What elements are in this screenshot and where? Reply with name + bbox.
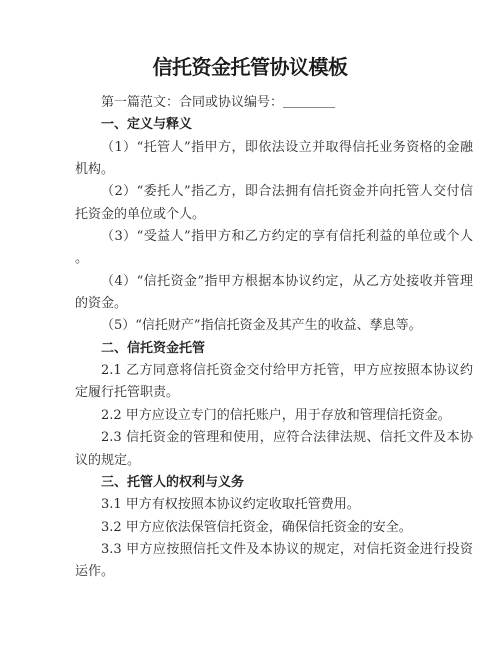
intro-text: 第一篇范文：合同或协议编号：	[101, 95, 283, 110]
paragraph-definition-1: （1）“托管人”指甲方，即依法设立并取得信托业务资格的金融机构。	[75, 137, 473, 182]
intro-paragraph: 第一篇范文：合同或协议编号：	[75, 92, 473, 114]
section-heading-custody: 二、信托资金托管	[75, 338, 473, 360]
paragraph-clause-2-3: 2.3 信托资金的管理和使用，应符合法律法规、信托文件及本协议的规定。	[75, 427, 473, 472]
paragraph-definition-2: （2）“委托人”指乙方，即合法拥有信托资金并向托管人交付信托资金的单位或个人。	[75, 181, 473, 226]
paragraph-clause-3-1: 3.1 甲方有权按照本协议约定收取托管费用。	[75, 494, 473, 516]
section-heading-rights-obligations: 三、托管人的权利与义务	[75, 472, 473, 494]
paragraph-clause-2-2: 2.2 甲方应设立专门的信托账户，用于存放和管理信托资金。	[75, 405, 473, 427]
paragraph-clause-3-2: 3.2 甲方应依法保管信托资金，确保信托资金的安全。	[75, 517, 473, 539]
paragraph-clause-3-3: 3.3 甲方应按照信托文件及本协议的规定，对信托资金进行投资运作。	[75, 539, 473, 584]
paragraph-definition-5: （5）“信托财产”指信托资金及其产生的收益、孳息等。	[75, 315, 473, 337]
document-title: 信托资金托管协议模板	[0, 52, 500, 82]
paragraph-definition-4: （4）“信托资金”指甲方根据本协议约定，从乙方处接收并管理的资金。	[75, 271, 473, 316]
section-heading-definitions: 一、定义与释义	[75, 114, 473, 136]
contract-number-blank	[283, 97, 335, 108]
document-body: 第一篇范文：合同或协议编号： 一、定义与释义 （1）“托管人”指甲方，即依法设立…	[75, 92, 473, 584]
paragraph-clause-2-1: 2.1 乙方同意将信托资金交付给甲方托管，甲方应按照本协议约定履行托管职责。	[75, 360, 473, 405]
document-page: 信托资金托管协议模板 第一篇范文：合同或协议编号： 一、定义与释义 （1）“托管…	[0, 0, 500, 647]
paragraph-definition-3: （3）“受益人”指甲方和乙方约定的享有信托利益的单位或个人。	[75, 226, 473, 271]
